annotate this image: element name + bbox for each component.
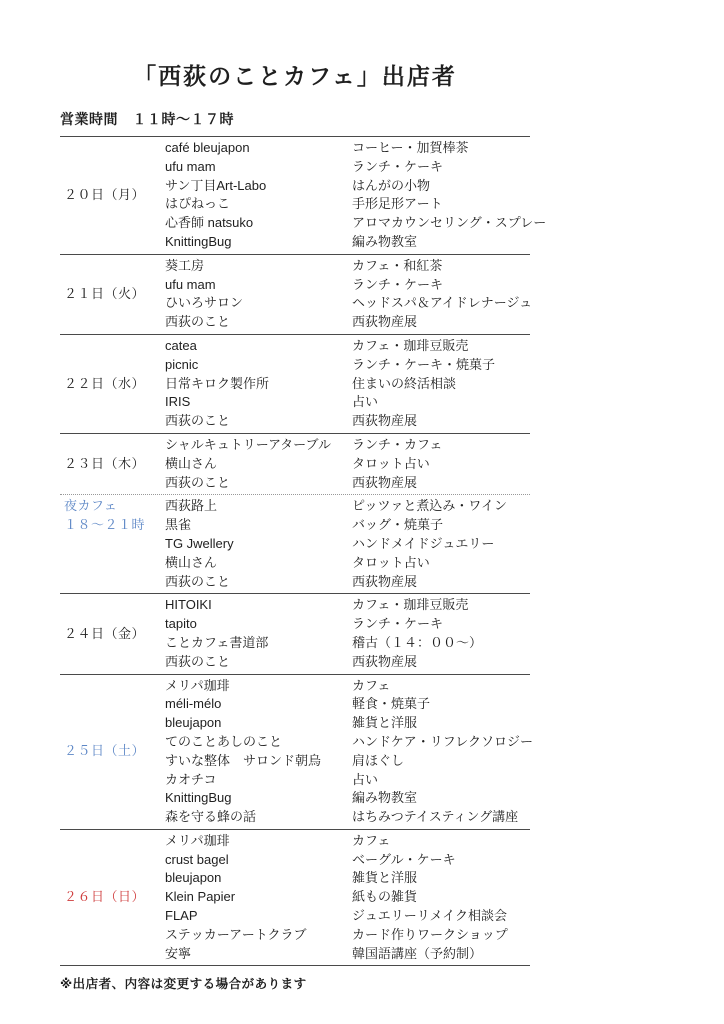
vendor-name: サン丁目Art-Labo bbox=[165, 177, 352, 196]
vendor-row: 西荻のこと西荻物産展 bbox=[165, 313, 532, 332]
date-label: ２２日（水） bbox=[60, 335, 165, 433]
vendor-name: 安寧 bbox=[165, 945, 352, 964]
vendor-offering: カフェ・珈琲豆販売 bbox=[352, 596, 530, 615]
vendor-row: méli-mélo軽食・焼菓子 bbox=[165, 695, 533, 714]
vendor-name: bleujapon bbox=[165, 869, 352, 888]
vendor-offering: 稽古（１４：００～） bbox=[352, 634, 530, 653]
vendor-offering: カフェ bbox=[352, 832, 530, 851]
vendor-name: メリパ珈琲 bbox=[165, 677, 352, 696]
date-label-line: ２６日（日） bbox=[64, 888, 165, 907]
vendor-row: メリパ珈琲カフェ bbox=[165, 677, 533, 696]
vendor-name: HITOIKI bbox=[165, 596, 352, 615]
vendor-offering: 肩ほぐし bbox=[352, 752, 533, 771]
vendor-row: tapitoランチ・ケーキ bbox=[165, 615, 530, 634]
vendor-row: crust bagelベーグル・ケーキ bbox=[165, 851, 530, 870]
vendor-offering: 雑貨と洋服 bbox=[352, 714, 533, 733]
date-label: ２４日（金） bbox=[60, 594, 165, 673]
vendor-offering: 占い bbox=[352, 393, 530, 412]
vendor-name: てのことあしのこと bbox=[165, 733, 352, 752]
schedule-section: ２０日（月）café bleujaponコーヒー・加賀棒茶ufu mamランチ・… bbox=[60, 137, 530, 254]
vendor-row: 安寧韓国語講座（予約制） bbox=[165, 945, 530, 964]
vendor-offering: ハンドメイドジュエリー bbox=[352, 535, 530, 554]
schedule-section: ２６日（日）メリパ珈琲カフェcrust bagelベーグル・ケーキbleujap… bbox=[60, 829, 530, 966]
vendor-offering: はんがの小物 bbox=[352, 177, 546, 196]
vendor-row: Klein Papier紙もの雑貨 bbox=[165, 888, 530, 907]
vendor-name: méli-mélo bbox=[165, 695, 352, 714]
vendor-name: picnic bbox=[165, 356, 352, 375]
vendor-offering: カフェ bbox=[352, 677, 533, 696]
vendor-row: すいな整体 サロンド朝烏肩ほぐし bbox=[165, 752, 533, 771]
vendor-name: ことカフェ書道部 bbox=[165, 634, 352, 653]
vendor-name: 西荻のこと bbox=[165, 653, 352, 672]
date-label-line: １８～２１時 bbox=[64, 516, 165, 535]
vendor-row: サン丁目Art-Laboはんがの小物 bbox=[165, 177, 546, 196]
schedule-section: 夜カフェ１８～２１時西荻路上ピッツァと煮込み・ワイン黒雀バッグ・焼菓子TG Jw… bbox=[60, 494, 530, 593]
vendor-rows: café bleujaponコーヒー・加賀棒茶ufu mamランチ・ケーキサン丁… bbox=[165, 137, 546, 254]
vendor-name: 西荻のこと bbox=[165, 573, 352, 592]
date-label-line: ２３日（木） bbox=[64, 455, 165, 474]
vendor-row: 横山さんタロット占い bbox=[165, 554, 530, 573]
vendor-offering: 雑貨と洋服 bbox=[352, 869, 530, 888]
vendor-row: KnittingBug編み物教室 bbox=[165, 233, 546, 252]
date-label-line: ２２日（水） bbox=[64, 375, 165, 394]
vendor-name: 葵工房 bbox=[165, 257, 352, 276]
vendor-offering: ベーグル・ケーキ bbox=[352, 851, 530, 870]
vendor-row: メリパ珈琲カフェ bbox=[165, 832, 530, 851]
vendor-name: ufu mam bbox=[165, 158, 352, 177]
vendor-name: crust bagel bbox=[165, 851, 352, 870]
vendor-offering: 編み物教室 bbox=[352, 789, 533, 808]
vendor-rows: 葵工房カフェ・和紅茶ufu mamランチ・ケーキひいろサロンヘッドスパ＆アイドレ… bbox=[165, 255, 532, 334]
date-label: ２３日（木） bbox=[60, 434, 165, 494]
vendor-name: 横山さん bbox=[165, 554, 352, 573]
vendor-row: ufu mamランチ・ケーキ bbox=[165, 158, 546, 177]
vendor-row: 西荻のこと西荻物産展 bbox=[165, 653, 530, 672]
vendor-name: 心香師 natsuko bbox=[165, 214, 352, 233]
vendor-name: ひいろサロン bbox=[165, 294, 352, 313]
vendor-name: 横山さん bbox=[165, 455, 352, 474]
vendor-offering: 西荻物産展 bbox=[352, 474, 530, 493]
vendor-name: ステッカーアートクラブ bbox=[165, 926, 352, 945]
date-label: ２６日（日） bbox=[60, 830, 165, 966]
vendor-row: 西荻のこと西荻物産展 bbox=[165, 474, 530, 493]
vendor-offering: コーヒー・加賀棒茶 bbox=[352, 139, 546, 158]
vendor-name: カオチコ bbox=[165, 771, 352, 790]
vendor-row: シャルキュトリーアターブルランチ・カフェ bbox=[165, 436, 530, 455]
schedule-section: ２２日（水）cateaカフェ・珈琲豆販売picnicランチ・ケーキ・焼菓子日常キ… bbox=[60, 334, 530, 433]
vendor-offering: 西荻物産展 bbox=[352, 653, 530, 672]
schedule-section: ２３日（木）シャルキュトリーアターブルランチ・カフェ横山さんタロット占い西荻のこ… bbox=[60, 433, 530, 494]
vendor-offering: 占い bbox=[352, 771, 533, 790]
disclaimer-footnote: ※出店者、内容は変更する場合があります bbox=[60, 974, 530, 992]
date-label: ２１日（火） bbox=[60, 255, 165, 334]
vendor-rows: シャルキュトリーアターブルランチ・カフェ横山さんタロット占い西荻のこと西荻物産展 bbox=[165, 434, 530, 494]
vendor-offering: タロット占い bbox=[352, 554, 530, 573]
vendor-offering: ランチ・ケーキ bbox=[352, 615, 530, 634]
document-page: 「西荻のことカフェ」出店者 営業時間 １１時～１７時 ２０日（月）café bl… bbox=[0, 0, 724, 1024]
vendor-offering: カード作りワークショップ bbox=[352, 926, 530, 945]
vendor-offering: ジュエリーリメイク相談会 bbox=[352, 907, 530, 926]
vendor-row: bleujapon雑貨と洋服 bbox=[165, 869, 530, 888]
vendor-row: カオチコ占い bbox=[165, 771, 533, 790]
vendor-row: 日常キロク製作所住まいの終活相談 bbox=[165, 375, 530, 394]
vendor-name: はぴねっこ bbox=[165, 195, 352, 214]
vendor-offering: 西荻物産展 bbox=[352, 313, 532, 332]
vendor-offering: 軽食・焼菓子 bbox=[352, 695, 533, 714]
vendor-row: TG Jwelleryハンドメイドジュエリー bbox=[165, 535, 530, 554]
vendor-name: bleujapon bbox=[165, 714, 352, 733]
vendor-offering: 韓国語講座（予約制） bbox=[352, 945, 530, 964]
date-label: ２０日（月） bbox=[60, 137, 165, 254]
vendor-rows: cateaカフェ・珈琲豆販売picnicランチ・ケーキ・焼菓子日常キロク製作所住… bbox=[165, 335, 530, 433]
vendor-row: picnicランチ・ケーキ・焼菓子 bbox=[165, 356, 530, 375]
date-label-line: ２４日（金） bbox=[64, 625, 165, 644]
vendor-row: café bleujaponコーヒー・加賀棒茶 bbox=[165, 139, 546, 158]
vendor-name: すいな整体 サロンド朝烏 bbox=[165, 752, 352, 771]
vendor-offering: 西荻物産展 bbox=[352, 573, 530, 592]
vendor-rows: メリパ珈琲カフェméli-mélo軽食・焼菓子bleujapon雑貨と洋服てのこ… bbox=[165, 675, 533, 829]
page-title: 「西荻のことカフェ」出店者 bbox=[60, 0, 530, 91]
vendor-row: KnittingBug編み物教室 bbox=[165, 789, 533, 808]
vendor-row: FLAPジュエリーリメイク相談会 bbox=[165, 907, 530, 926]
vendor-name: tapito bbox=[165, 615, 352, 634]
vendor-offering: バッグ・焼菓子 bbox=[352, 516, 530, 535]
vendor-row: 西荻のこと西荻物産展 bbox=[165, 573, 530, 592]
vendor-offering: 住まいの終活相談 bbox=[352, 375, 530, 394]
vendor-name: ufu mam bbox=[165, 276, 352, 295]
vendor-name: FLAP bbox=[165, 907, 352, 926]
vendor-offering: ランチ・ケーキ bbox=[352, 158, 546, 177]
vendor-offering: アロマカウンセリング・スプレー bbox=[352, 214, 546, 233]
vendor-row: 西荻のこと西荻物産展 bbox=[165, 412, 530, 431]
vendor-rows: 西荻路上ピッツァと煮込み・ワイン黒雀バッグ・焼菓子TG Jwelleryハンドメ… bbox=[165, 495, 530, 593]
vendor-offering: ランチ・ケーキ bbox=[352, 276, 532, 295]
schedule-section: ２５日（土）メリパ珈琲カフェméli-mélo軽食・焼菓子bleujapon雑貨… bbox=[60, 674, 530, 829]
vendor-row: 葵工房カフェ・和紅茶 bbox=[165, 257, 532, 276]
vendor-row: HITOIKIカフェ・珈琲豆販売 bbox=[165, 596, 530, 615]
vendor-row: ufu mamランチ・ケーキ bbox=[165, 276, 532, 295]
vendor-name: シャルキュトリーアターブル bbox=[165, 436, 352, 455]
date-label-line: ２０日（月） bbox=[64, 186, 165, 205]
vendor-offering: 紙もの雑貨 bbox=[352, 888, 530, 907]
vendor-row: ことカフェ書道部稽古（１４：００～） bbox=[165, 634, 530, 653]
vendor-row: 黒雀バッグ・焼菓子 bbox=[165, 516, 530, 535]
vendor-offering: はちみつテイスティング講座 bbox=[352, 808, 533, 827]
vendor-name: 西荻のこと bbox=[165, 412, 352, 431]
vendor-schedule-table: ２０日（月）café bleujaponコーヒー・加賀棒茶ufu mamランチ・… bbox=[60, 136, 530, 966]
vendor-offering: 編み物教室 bbox=[352, 233, 546, 252]
vendor-name: 森を守る蜂の話 bbox=[165, 808, 352, 827]
vendor-name: KnittingBug bbox=[165, 789, 352, 808]
vendor-offering: 西荻物産展 bbox=[352, 412, 530, 431]
vendor-name: 西荻のこと bbox=[165, 474, 352, 493]
vendor-rows: メリパ珈琲カフェcrust bagelベーグル・ケーキbleujapon雑貨と洋… bbox=[165, 830, 530, 966]
vendor-row: cateaカフェ・珈琲豆販売 bbox=[165, 337, 530, 356]
vendor-offering: ピッツァと煮込み・ワイン bbox=[352, 497, 530, 516]
vendor-offering: 手形足形アート bbox=[352, 195, 546, 214]
vendor-offering: ランチ・カフェ bbox=[352, 436, 530, 455]
vendor-name: KnittingBug bbox=[165, 233, 352, 252]
vendor-name: café bleujapon bbox=[165, 139, 352, 158]
vendor-row: 西荻路上ピッツァと煮込み・ワイン bbox=[165, 497, 530, 516]
vendor-name: Klein Papier bbox=[165, 888, 352, 907]
vendor-name: メリパ珈琲 bbox=[165, 832, 352, 851]
vendor-offering: ハンドケア・リフレクソロジー bbox=[352, 733, 533, 752]
business-hours: 営業時間 １１時～１７時 bbox=[60, 109, 530, 129]
vendor-row: ひいろサロンヘッドスパ＆アイドレナージュ bbox=[165, 294, 532, 313]
date-label: ２５日（土） bbox=[60, 675, 165, 829]
date-label-line: ２５日（土） bbox=[64, 742, 165, 761]
vendor-name: IRIS bbox=[165, 393, 352, 412]
vendor-row: ステッカーアートクラブカード作りワークショップ bbox=[165, 926, 530, 945]
vendor-offering: ヘッドスパ＆アイドレナージュ bbox=[352, 294, 532, 313]
vendor-row: 森を守る蜂の話はちみつテイスティング講座 bbox=[165, 808, 533, 827]
vendor-name: 西荻のこと bbox=[165, 313, 352, 332]
vendor-row: 横山さんタロット占い bbox=[165, 455, 530, 474]
vendor-name: 日常キロク製作所 bbox=[165, 375, 352, 394]
date-label-line: ２１日（火） bbox=[64, 285, 165, 304]
vendor-rows: HITOIKIカフェ・珈琲豆販売tapitoランチ・ケーキことカフェ書道部稽古（… bbox=[165, 594, 530, 673]
vendor-offering: カフェ・珈琲豆販売 bbox=[352, 337, 530, 356]
vendor-row: IRIS占い bbox=[165, 393, 530, 412]
vendor-row: bleujapon雑貨と洋服 bbox=[165, 714, 533, 733]
date-label: 夜カフェ１８～２１時 bbox=[60, 495, 165, 593]
vendor-row: 心香師 natsukoアロマカウンセリング・スプレー bbox=[165, 214, 546, 233]
vendor-name: 西荻路上 bbox=[165, 497, 352, 516]
schedule-section: ２４日（金）HITOIKIカフェ・珈琲豆販売tapitoランチ・ケーキことカフェ… bbox=[60, 593, 530, 673]
schedule-section: ２１日（火）葵工房カフェ・和紅茶ufu mamランチ・ケーキひいろサロンヘッドス… bbox=[60, 254, 530, 334]
vendor-offering: カフェ・和紅茶 bbox=[352, 257, 532, 276]
vendor-row: てのことあしのことハンドケア・リフレクソロジー bbox=[165, 733, 533, 752]
vendor-name: catea bbox=[165, 337, 352, 356]
document-content: 「西荻のことカフェ」出店者 営業時間 １１時～１７時 ２０日（月）café bl… bbox=[60, 0, 530, 992]
date-label-line: 夜カフェ bbox=[64, 497, 165, 516]
vendor-row: はぴねっこ手形足形アート bbox=[165, 195, 546, 214]
vendor-offering: タロット占い bbox=[352, 455, 530, 474]
vendor-name: TG Jwellery bbox=[165, 535, 352, 554]
vendor-offering: ランチ・ケーキ・焼菓子 bbox=[352, 356, 530, 375]
vendor-name: 黒雀 bbox=[165, 516, 352, 535]
